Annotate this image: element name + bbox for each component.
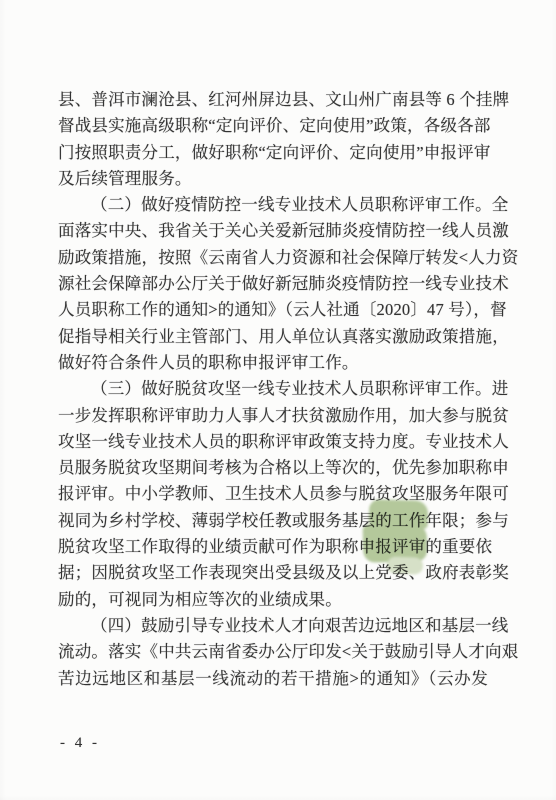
text-line: （三）做好脱贫攻坚一线专业技术人员职称评审工作。进 xyxy=(58,376,488,402)
text-line: （二）做好疫情防控一线专业技术人员职称评审工作。全 xyxy=(58,192,488,218)
text-line: 人员职称工作的通知>的通知》（云人社通〔2020〕47 号），督 xyxy=(58,297,488,323)
document-page: 县、普洱市澜沧县、红河州屏边县、文山州广南县等 6 个挂牌督战县实施高级职称“定… xyxy=(0,0,556,800)
text-line: 门按照职责分工，做好职称“定向评价、定向使用”申报评审 xyxy=(58,140,488,166)
text-line: 攻坚一线专业技术人员的职称评审政策支持力度。专业技术人 xyxy=(58,429,488,455)
text-line: 县、普洱市澜沧县、红河州屏边县、文山州广南县等 6 个挂牌 xyxy=(58,87,488,113)
text-line: 励的，可视同为相应等次的业绩成果。 xyxy=(58,587,488,613)
text-line: 督战县实施高级职称“定向评价、定向使用”政策，各级各部 xyxy=(58,113,488,139)
text-line: （四）鼓励引导专业技术人才向艰苦边远地区和基层一线 xyxy=(58,613,488,639)
page-number: - 4 - xyxy=(60,735,100,752)
text-line: 视同为乡村学校、薄弱学校任教或服务基层的工作年限；参与 xyxy=(58,508,488,534)
text-line: 苦边远地区和基层一线流动的若干措施>的通知》（云办发 xyxy=(58,666,488,692)
text-line: 源社会保障部办公厅关于做好新冠肺炎疫情防控一线专业技术 xyxy=(58,271,488,297)
document-body-text: 县、普洱市澜沧县、红河州屏边县、文山州广南县等 6 个挂牌督战县实施高级职称“定… xyxy=(58,87,488,692)
text-line: 面落实中央、我省关于关心关爱新冠肺炎疫情防控一线人员激 xyxy=(58,218,488,244)
text-line: 脱贫攻坚工作取得的业绩贡献可作为职称申报评审的重要依 xyxy=(58,534,488,560)
text-line: 一步发挥职称评审助力人事人才扶贫激励作用，加大参与脱贫 xyxy=(58,403,488,429)
text-line: 促指导相关行业主管部门、用人单位认真落实激励政策措施， xyxy=(58,324,488,350)
text-line: 流动。落实《中共云南省委办公厅印发<关于鼓励引导人才向艰 xyxy=(58,639,488,665)
text-line: 做好符合条件人员的职称申报评审工作。 xyxy=(58,350,488,376)
text-line: 及后续管理服务。 xyxy=(58,166,488,192)
text-line: 励政策措施，按照《云南省人力资源和社会保障厅转发<人力资 xyxy=(58,245,488,271)
text-line: 据；因脱贫攻坚工作表现突出受县级及以上党委、政府表彰奖 xyxy=(58,560,488,586)
text-line: 员服务脱贫攻坚期间考核为合格以上等次的，优先参加职称申 xyxy=(58,455,488,481)
text-line: 报评审。中小学教师、卫生技术人员参与脱贫攻坚服务年限可 xyxy=(58,481,488,507)
